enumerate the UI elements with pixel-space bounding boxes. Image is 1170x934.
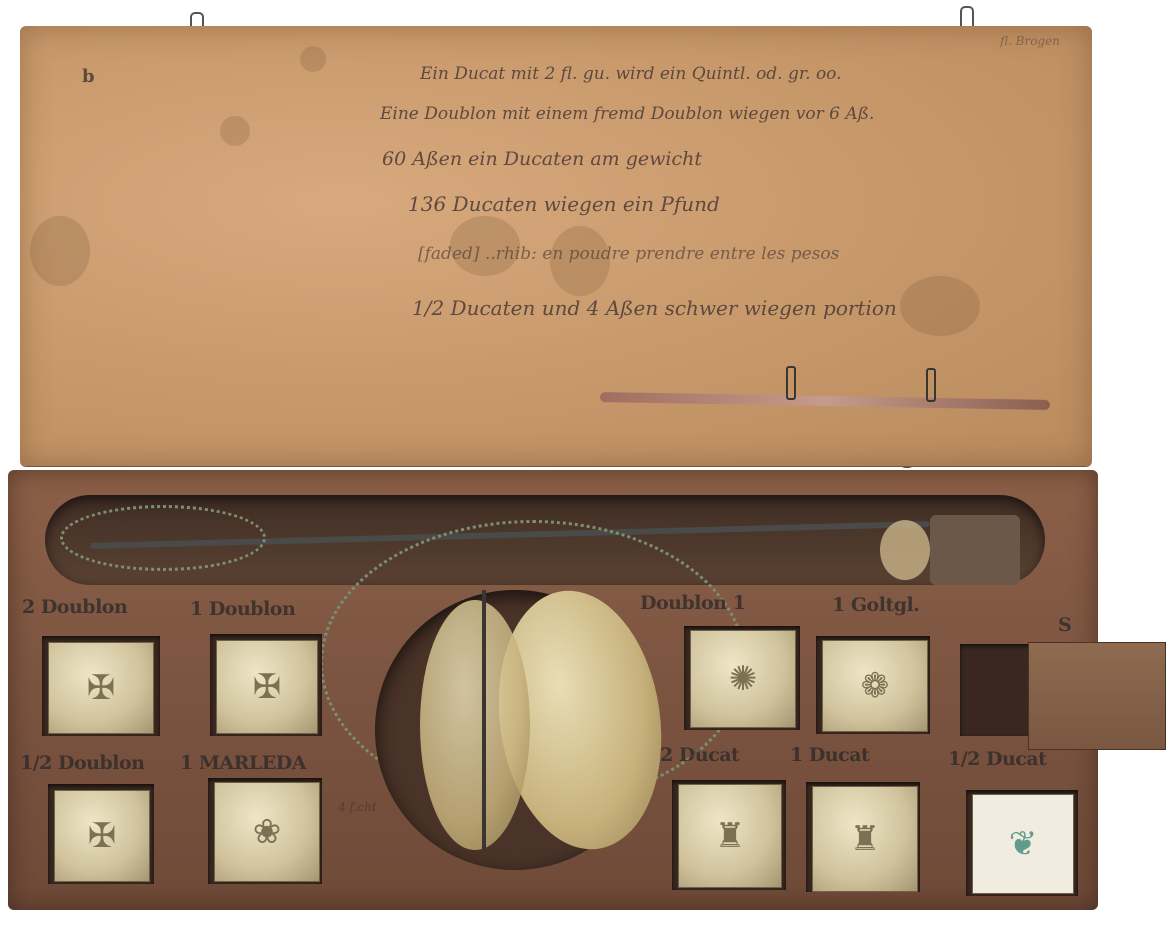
wire-loop bbox=[926, 368, 936, 402]
label-2-doublon: 2 Doublon bbox=[22, 596, 127, 618]
stain bbox=[220, 116, 250, 146]
label-goltgl: 1 Goltgl. bbox=[832, 594, 919, 616]
inscription-line-2: Eine Doublon mit einem fremd Doublon wie… bbox=[380, 104, 874, 124]
standing-figure-icon: ♜ bbox=[715, 816, 745, 856]
brass-pan-2 bbox=[420, 600, 530, 850]
flower-emblem-icon: ❦ bbox=[1009, 824, 1038, 864]
weight-1-ducat[interactable]: ♜ bbox=[812, 786, 918, 892]
cross-emblem-icon: ✠ bbox=[88, 816, 117, 856]
label-marleda: 1 MARLEDA bbox=[180, 752, 306, 774]
cross-emblem-icon: ✠ bbox=[87, 668, 116, 708]
ornament-emblem-icon: ❀ bbox=[253, 812, 282, 852]
label-half-doublon: 1/2 Doublon bbox=[20, 752, 144, 774]
standing-figure-icon: ♜ bbox=[850, 819, 880, 859]
sliding-compartment-lid[interactable] bbox=[1028, 642, 1166, 750]
stain bbox=[300, 46, 326, 72]
twine-bundle bbox=[880, 520, 930, 580]
side-note: 4 f.cht bbox=[338, 800, 377, 814]
cross-emblem-icon: ✠ bbox=[253, 667, 282, 707]
wood-block bbox=[930, 515, 1020, 585]
weight-half-doublon[interactable]: ✠ bbox=[54, 790, 150, 882]
empty-slot bbox=[960, 644, 1034, 736]
rosette-emblem-icon: ❁ bbox=[861, 666, 890, 706]
image-caption: Antique coin-weighing scale in a wooden … bbox=[0, 0, 1, 1]
weight-goltgl[interactable]: ❁ bbox=[822, 640, 928, 732]
box-lid: b fl. Brogen Ein Ducat mit 2 fl. gu. wir… bbox=[20, 26, 1092, 466]
weight-half-ducat[interactable]: ❦ bbox=[972, 794, 1074, 894]
inscription-line-4: 136 Ducaten wiegen ein Pfund bbox=[408, 192, 720, 216]
weight-marleda[interactable]: ❀ bbox=[214, 782, 320, 882]
stain bbox=[900, 276, 980, 336]
scale-pointer bbox=[482, 590, 486, 850]
inscription-line-3: 60 Aßen ein Ducaten am gewicht bbox=[382, 148, 702, 170]
wire-loop bbox=[786, 366, 796, 400]
seal-emblem-icon: ✺ bbox=[729, 659, 758, 699]
label-1-ducat: 1 Ducat bbox=[790, 744, 869, 766]
label-2-ducat: 2 Ducat bbox=[660, 744, 739, 766]
weight-1-doublon[interactable]: ✠ bbox=[216, 640, 318, 734]
weight-2-doublon[interactable]: ✠ bbox=[48, 642, 154, 734]
green-cord bbox=[60, 505, 266, 571]
inscription-line-6: 1/2 Ducaten und 4 Aßen schwer wiegen por… bbox=[412, 296, 897, 320]
label-1-doublon: 1 Doublon bbox=[190, 598, 295, 620]
label-s: S bbox=[1058, 614, 1071, 636]
inscription-line-5: [faded] ..rhib: en poudre prendre entre … bbox=[418, 244, 839, 264]
lid-corner-mark: b bbox=[82, 66, 95, 87]
inscription-line-1: Ein Ducat mit 2 fl. gu. wird ein Quintl.… bbox=[420, 64, 842, 84]
label-doublon-1: Doublon 1 bbox=[640, 592, 745, 614]
weight-doublon-1[interactable]: ✺ bbox=[690, 630, 796, 728]
lid-note-top-right: fl. Brogen bbox=[1000, 34, 1060, 48]
stain bbox=[30, 216, 90, 286]
wooden-pin bbox=[600, 392, 1050, 410]
label-half-ducat: 1/2 Ducat bbox=[948, 748, 1046, 770]
weight-2-ducat[interactable]: ♜ bbox=[678, 784, 782, 888]
